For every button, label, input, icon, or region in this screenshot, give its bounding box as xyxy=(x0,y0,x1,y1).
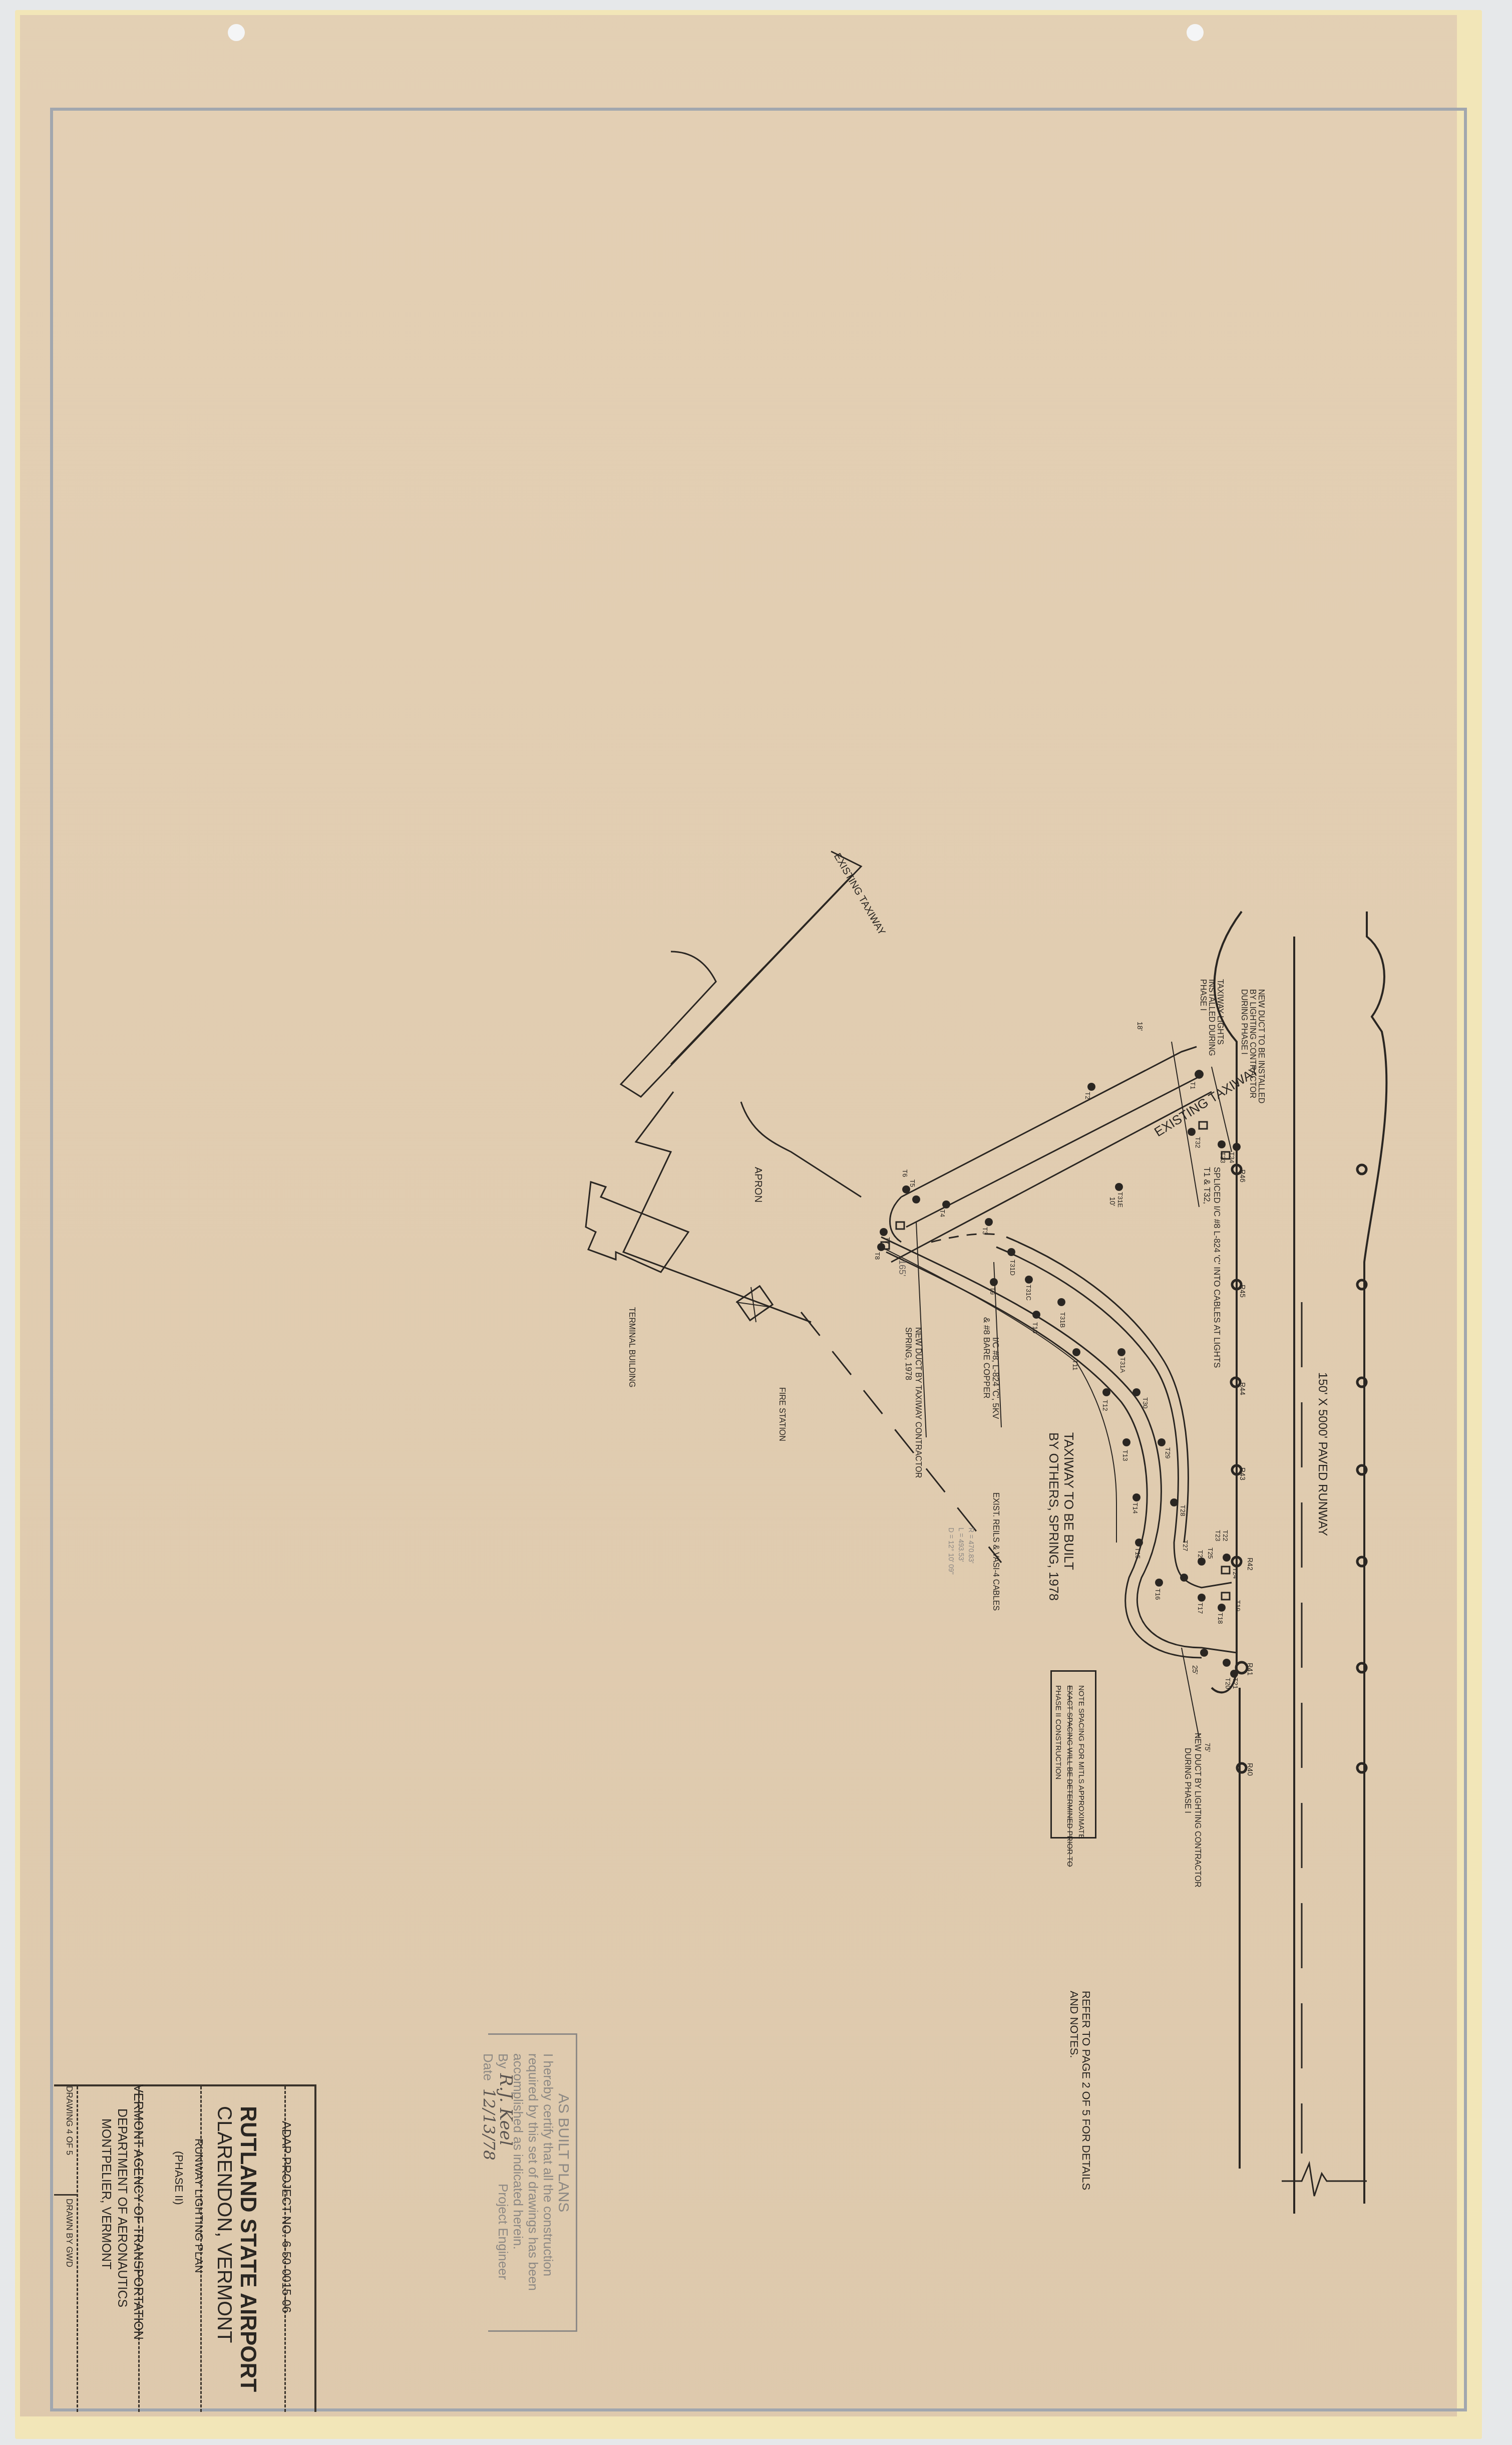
taxiway-light-id: T19 xyxy=(1234,1600,1242,1611)
taxiway-light-id: T28 xyxy=(1179,1505,1187,1516)
runway-light-id: R40 xyxy=(1246,1763,1254,1776)
stamp-date-label: Date xyxy=(480,2053,496,2081)
taxiway-light-id: T1 xyxy=(1189,1082,1197,1089)
dimension-25: 25' xyxy=(1191,1665,1199,1674)
cable-note: & #8 BARE COPPER xyxy=(981,1317,991,1399)
taxiway-light-id: T4 xyxy=(939,1209,946,1217)
curve-degree: D = 12° 10' 09" xyxy=(947,1527,955,1575)
runway-light-id: R43 xyxy=(1239,1467,1247,1480)
stamp-by-label: By xyxy=(495,2053,511,2068)
taxiway-light-id: T31D xyxy=(1009,1260,1016,1276)
stamp-title: AS BUILT PLANS xyxy=(555,2093,572,2212)
dimension-165: 165' xyxy=(897,1260,907,1276)
agency-city: MONTPELIER, VERMONT xyxy=(99,2118,113,2269)
taxiway-light-id: T27 xyxy=(1182,1540,1189,1551)
taxiway-light-id: T16 xyxy=(1154,1589,1162,1600)
stamp-line: required by this set of drawings has bee… xyxy=(525,2053,541,2291)
title-block-divider xyxy=(77,2086,78,2412)
runway-light-id: R42 xyxy=(1246,1558,1254,1571)
engineer-signature: R.J. Keel xyxy=(496,2073,516,2146)
dimension-18: 18' xyxy=(1136,1022,1144,1031)
taxiway-light-id: T7 xyxy=(884,1237,891,1245)
taxiway-light-id: T14 xyxy=(1131,1502,1139,1513)
terminal-building-label: TERMINAL BUILDING xyxy=(627,1307,636,1387)
taxiway-light-id: T34 xyxy=(1228,1152,1236,1163)
refer-note: AND NOTES. xyxy=(1067,1991,1080,2058)
dimension-75: 75' xyxy=(1204,1743,1212,1752)
curve-length: L = 493.53' xyxy=(957,1527,965,1562)
agency-name: VERMONT AGENCY OF TRANSPORTATION xyxy=(131,2084,145,2340)
taxiway-light-id: T15 xyxy=(1134,1548,1142,1559)
refer-note: REFER TO PAGE 2 OF 5 FOR DETAILS xyxy=(1079,1991,1092,2190)
mitls-note: EXACT SPACING WILL BE DETERMINED PRIOR T… xyxy=(1065,1685,1074,1867)
stamp-date: 12/13/78 xyxy=(480,2088,499,2161)
title-block-divider xyxy=(54,2194,77,2196)
taxiway-light-id: T30 xyxy=(1142,1397,1149,1408)
taxiway-light-id: T17 xyxy=(1197,1603,1204,1614)
taxiway-light-id: T26 xyxy=(1197,1550,1204,1561)
taxiway-light-id: T9 xyxy=(989,1287,996,1295)
splice-note: SPLICED I/C #8 L-824 'C' INTO CABLES AT … xyxy=(1212,1167,1222,1368)
taxiway-light-id: T2 xyxy=(1084,1092,1091,1099)
fire-station-label: FIRE STATION xyxy=(777,1387,786,1441)
duct-note: NEW DUCT TO BE INSTALLED xyxy=(1256,989,1265,1103)
runway-light-id: R44 xyxy=(1239,1382,1247,1395)
drawn-by: DRAWN BY GWD xyxy=(64,2199,74,2267)
taxiway-light-id: T18 xyxy=(1217,1613,1224,1624)
duct-note: DURING PHASE I xyxy=(1239,989,1248,1055)
duct-phase1-note: DURING PHASE I xyxy=(1183,1748,1192,1813)
new-taxiway-label: TAXIWAY TO BE BUILT xyxy=(1061,1432,1076,1570)
taxiway-light-id: T8 xyxy=(874,1252,881,1260)
curve-radius: R = 470.83' xyxy=(967,1527,975,1564)
new-taxiway-label: BY OTHERS, SPRING, 1978 xyxy=(1046,1432,1061,1601)
stamp-line: I hereby certify that all the constructi… xyxy=(540,2053,556,2276)
duct-phase1-note: NEW DUCT BY LIGHTING CONTRACTOR xyxy=(1193,1733,1202,1887)
drawing-number: DRAWING 4 OF 5 xyxy=(64,2086,74,2155)
taxiway-light-id: T6 xyxy=(901,1169,909,1177)
taxiway-light-id: T13 xyxy=(1121,1450,1129,1461)
stamp-role: Project Engineer xyxy=(495,2184,511,2280)
taxiway-lights-note: PHASE I xyxy=(1198,979,1207,1011)
taxiway-light-id: T24 xyxy=(1232,1568,1239,1579)
taxiway-light-id: T3 xyxy=(981,1227,989,1235)
taxiway-light-id: T22 xyxy=(1222,1530,1229,1541)
taxiway-light-id: T12 xyxy=(1101,1400,1109,1411)
taxiway-light-id: T29 xyxy=(1164,1447,1172,1458)
plan-phase: (PHASE II) xyxy=(172,2151,185,2205)
dimension-10: 10' xyxy=(1108,1197,1116,1206)
runway-light-id: R41 xyxy=(1246,1663,1254,1676)
mitls-note: PHASE II CONSTRUCTION xyxy=(1054,1685,1062,1779)
duct-taxiway-note: SPRING, 1978 xyxy=(903,1327,912,1380)
lighting-plan xyxy=(0,0,1512,2445)
taxiway-light-id: T31B xyxy=(1059,1312,1066,1328)
cable-note: I/C #8, L-824 'C', 5KV xyxy=(990,1337,1000,1419)
runway-light-id: R45 xyxy=(1239,1285,1247,1298)
taxiway-light-id: T31E xyxy=(1116,1192,1124,1207)
plan-title: RUNWAY LIGHTING PLAN xyxy=(192,2138,205,2273)
project-number: ADAP PROJECT NO. 6-50-0015-06 xyxy=(279,2121,293,2313)
taxiway-light-id: T25 xyxy=(1207,1548,1214,1559)
title-block xyxy=(54,2084,316,2412)
taxiway-light-id: T11 xyxy=(1071,1360,1079,1370)
airport-name: RUTLAND STATE AIRPORT xyxy=(235,2106,260,2392)
taxiway-light-id: T32 xyxy=(1194,1137,1202,1148)
taxiway-light-id: T31A xyxy=(1119,1357,1126,1373)
duct-note: BY LIGHTING CONTRACTOR xyxy=(1248,989,1257,1098)
reils-note: EXIST. REILS & VASI-4 CABLES xyxy=(991,1492,1000,1611)
taxiway-light-id: T31C xyxy=(1025,1285,1032,1301)
runway-light-id: R46 xyxy=(1239,1169,1247,1182)
runway-label: 150' X 5000' PAVED RUNWAY xyxy=(1315,1372,1329,1536)
taxiway-lights-note: TAXIWAY LIGHTS xyxy=(1215,979,1224,1045)
taxiway-lights-note: INSTALLED DURING xyxy=(1207,979,1216,1056)
splice-note: T1 & T32, xyxy=(1202,1167,1212,1204)
airport-location: CLARENDON, VERMONT xyxy=(213,2106,235,2343)
agency-department: DEPARTMENT OF AERONAUTICS xyxy=(115,2108,129,2307)
taxiway-light-id: T20 xyxy=(1224,1678,1232,1689)
duct-taxiway-note: NEW DUCT BY TAXIWAY CONTRACTOR xyxy=(913,1327,922,1478)
taxiway-light-id: T21 xyxy=(1232,1678,1239,1689)
taxiway-light-id: T23 xyxy=(1214,1530,1222,1541)
taxiway-light-id: T10 xyxy=(1031,1322,1039,1333)
mitls-note: NOTE SPACING FOR MITLS APPROXIMATE xyxy=(1077,1685,1085,1839)
apron-label: APRON xyxy=(752,1167,764,1202)
taxiway-light-id: T33 xyxy=(1219,1152,1227,1163)
taxiway-light-id: T5 xyxy=(909,1179,916,1187)
